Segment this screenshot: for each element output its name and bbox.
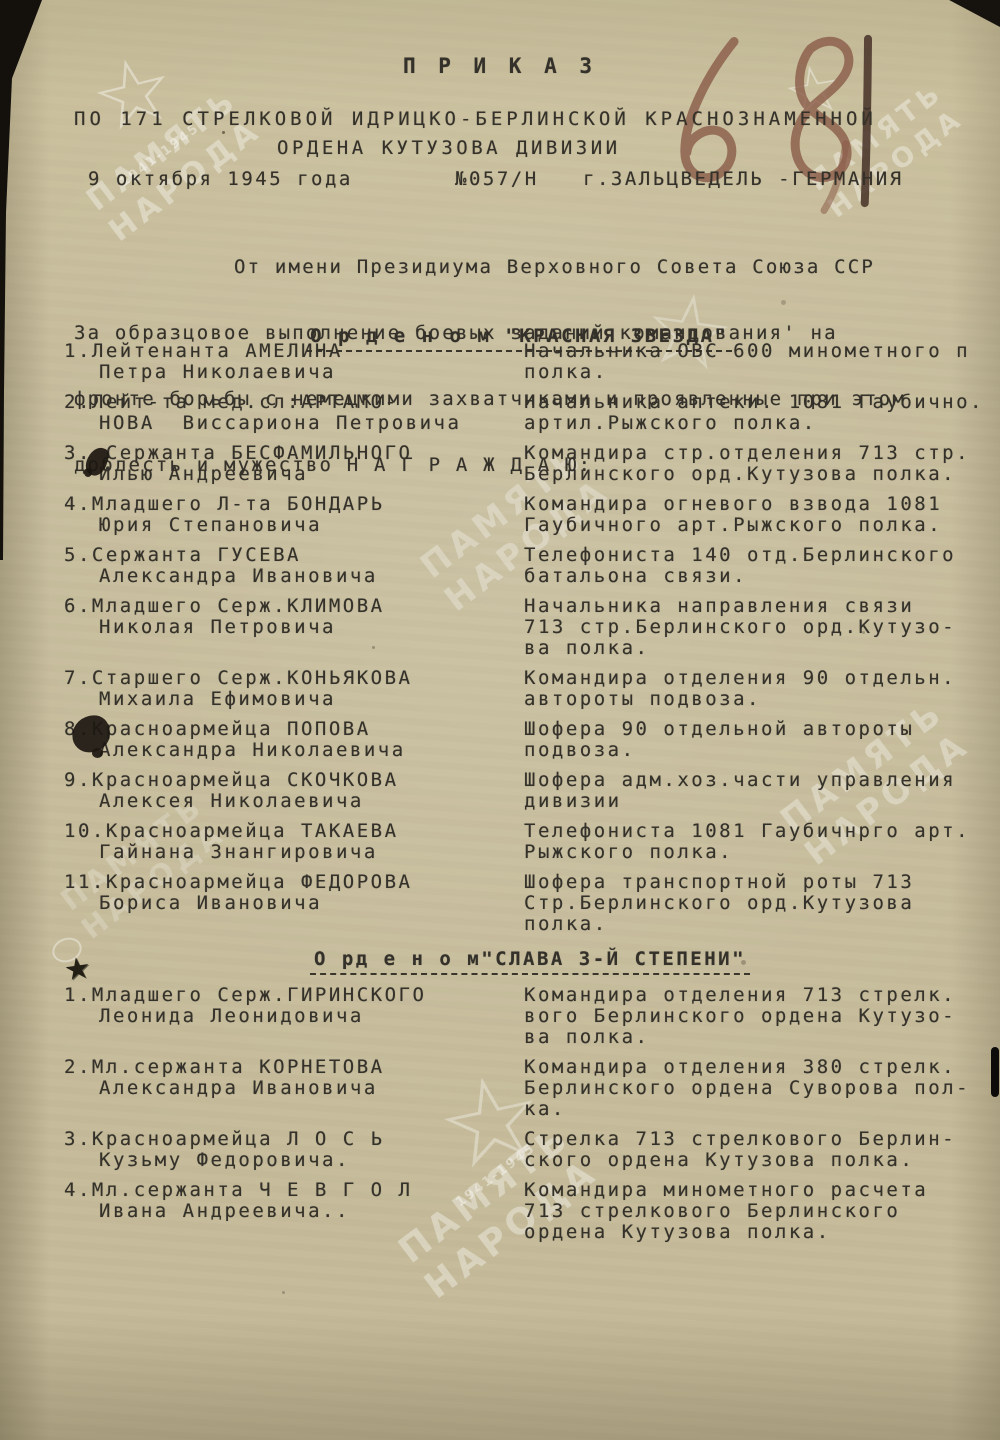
award-entry: 1.Лейтенанта АМЕЛИНАПетра Николаевича На…: [64, 341, 996, 383]
award-entry: 3. Сержанта БЕСФАМИЛЬНОГОИлью Андреевича…: [64, 443, 996, 485]
awardee-position: вого Берлинского ордена Кутузо-: [524, 1006, 996, 1027]
awardee-name: Гайнана Знангировича: [64, 842, 524, 863]
awardee-position: Берлинского ордена Суворова пол-: [524, 1078, 996, 1099]
awardee-name: 11.Красноармейца ФЕДОРОВА: [64, 872, 524, 893]
awardee-position: ского ордена Кутузова полка.: [524, 1150, 996, 1171]
awardee-position: Стр.Берлинского орд.Кутузова: [524, 893, 996, 914]
awardee-name: 3.Красноармейца Л О С Ь: [64, 1129, 524, 1150]
awardee-name: Александра Ивановича: [64, 1078, 524, 1099]
awardee-name: 8.Красноармейца ПОПОВА: [64, 719, 524, 740]
header-division-line1: ПО 171 СТРЕЛКОВОЙ ИДРИЦКО-БЕРЛИНСКОЙ КРА…: [74, 108, 877, 130]
awardee-name: 6.Младшего Серж.КЛИМОВА: [64, 596, 524, 617]
awardee-position: ва полка.: [524, 1027, 996, 1048]
award-entry: 11.Красноармейца ФЕДОРОВАБориса Иванович…: [64, 872, 996, 935]
awardee-position: Командира огневого взвода 1081: [524, 494, 996, 515]
award-entry: 5.Сержанта ГУСЕВААлександра Ивановича Те…: [64, 545, 996, 587]
section-heading-glory-3rd: О рд е н о м"СЛАВА 3-Й СТЕПЕНИ": [64, 949, 996, 975]
awardee-name: Кузьму Федоровича.: [64, 1150, 524, 1171]
awardee-name: Ивана Андреевича..: [64, 1201, 524, 1222]
header-division-line2: ОРДЕНА КУТУЗОВА ДИВИЗИИ: [277, 137, 621, 159]
awardee-position: Шофера адм.хоз.части управления: [524, 770, 996, 791]
order-date: 9 октября 1945 года: [88, 168, 353, 190]
award-entry: 1.Младшего Серж.ГИРИНСКОГОЛеонида Леонид…: [64, 985, 996, 1048]
order-place: г.ЗАЛЬЦВЕДЕЛЬ -ГЕРМАНИЯ: [583, 168, 904, 190]
awardee-position: Стрелка 713 стрелкового Берлин-: [524, 1129, 996, 1150]
ink-blot: [84, 468, 92, 477]
award-entry: 10.Красноармейца ТАКАЕВАГайнана Знангиро…: [64, 821, 996, 863]
awardee-name: 5.Сержанта ГУСЕВА: [64, 545, 524, 566]
award-list: 1.Лейтенанта АМЕЛИНАПетра Николаевича На…: [64, 341, 996, 1252]
awardee-name: Николая Петровича: [64, 617, 524, 638]
awardee-position: Командира отделения 380 стрелк.: [524, 1057, 996, 1078]
awardee-position: Берлинского орд.Кутузова полка.: [524, 464, 996, 485]
document-title: П Р И К А З: [0, 54, 1000, 78]
ink-mark: ★: [62, 950, 94, 988]
awardee-position: Телефониста 1081 Гаубичнрго арт.: [524, 821, 996, 842]
awardee-name: Александра Ивановича: [64, 566, 524, 587]
award-entry: 2.Лейт-та мед.сл:АРТАМО-НОВА Виссариона …: [64, 392, 996, 434]
awardee-name: 2.Мл.сержанта КОРНЕТОВА: [64, 1057, 524, 1078]
award-entry: 8.Красноармейца ПОПОВААлександра Николае…: [64, 719, 996, 761]
awardee-name: НОВА Виссариона Петровича: [64, 413, 524, 434]
awardee-position: Командира стр.отделения 713 стр.: [524, 443, 996, 464]
awardee-name: 1.Младшего Серж.ГИРИНСКОГО: [64, 985, 524, 1006]
awardee-name: Алексея Николаевича: [64, 791, 524, 812]
awardee-position: 713 стрелкового Берлинского: [524, 1201, 996, 1222]
awardee-position: батальона связи.: [524, 566, 996, 587]
awardee-position: полка.: [524, 362, 996, 383]
awardee-name: Михаила Ефимовича: [64, 689, 524, 710]
awardee-position: Телефониста 140 отд.Берлинского: [524, 545, 996, 566]
awardee-position: ва полка.: [524, 638, 996, 659]
awardee-name: Бориса Ивановича: [64, 893, 524, 914]
order-number: №057/Н: [455, 168, 539, 190]
awardee-position: Начальника направления связи: [524, 596, 996, 617]
awardee-position: дивизии: [524, 791, 996, 812]
awardee-position: Гаубичного арт.Рыжского полка.: [524, 515, 996, 536]
awardee-position: подвоза.: [524, 740, 996, 761]
awardee-name: Леонида Леонидовича: [64, 1006, 524, 1027]
award-entry: 2.Мл.сержанта КОРНЕТОВААлександра Иванов…: [64, 1057, 996, 1120]
scanned-order-page: ☆ 1941-1945 ПАМЯТЬНАРОДА ☆ ПАМЯТЬНАРОДА …: [0, 0, 1000, 1440]
awardee-position: Шофера транспортной роты 713: [524, 872, 996, 893]
awardee-position: автороты подвоза.: [524, 689, 996, 710]
preamble-line: От имени Президиума Верховного Совета Со…: [74, 256, 954, 278]
awardee-name: 1.Лейтенанта АМЕЛИНА: [64, 341, 524, 362]
awardee-position: 713 стр.Берлинского орд.Кутузо-: [524, 617, 996, 638]
awardee-position: артил.Рыжского полка.: [524, 413, 996, 434]
award-entry: 6.Младшего Серж.КЛИМОВАНиколая Петровича…: [64, 596, 996, 659]
awardee-position: Командира отделения 713 стрелк.: [524, 985, 996, 1006]
award-entry: 3.Красноармейца Л О С ЬКузьму Федоровича…: [64, 1129, 996, 1171]
ink-blot: [92, 748, 103, 758]
awardee-name: Петра Николаевича: [64, 362, 524, 383]
awardee-name: Александра Николаевича: [64, 740, 524, 761]
award-entry: 4.Мл.сержанта Ч Е В Г О ЛИвана Андреевич…: [64, 1180, 996, 1243]
awardee-name: 3. Сержанта БЕСФАМИЛЬНОГО: [64, 443, 524, 464]
awardee-name: 4.Младшего Л-та БОНДАРЬ: [64, 494, 524, 515]
awardee-name: 7.Старшего Серж.КОНЬЯКОВА: [64, 668, 524, 689]
awardee-name: Юрия Степановича: [64, 515, 524, 536]
awardee-position: полка.: [524, 914, 996, 935]
award-entry: 4.Младшего Л-та БОНДАРЬЮрия Степановича …: [64, 494, 996, 536]
award-entry: 7.Старшего Серж.КОНЬЯКОВАМихаила Ефимови…: [64, 668, 996, 710]
awardee-position: Шофера 90 отдельной автороты: [524, 719, 996, 740]
awardee-position: Начальника ОВС 600 минометного п: [524, 341, 996, 362]
awardee-name: 9.Красноармейца СКОЧКОВА: [64, 770, 524, 791]
awardee-name: 10.Красноармейца ТАКАЕВА: [64, 821, 524, 842]
awardee-position: ка.: [524, 1099, 996, 1120]
award-entry: 9.Красноармейца СКОЧКОВААлексея Николаев…: [64, 770, 996, 812]
awardee-position: Командира отделения 90 отдельн.: [524, 668, 996, 689]
awardee-name: Илью Андреевича: [64, 464, 524, 485]
awardee-position: ордена Кутузова полка.: [524, 1222, 996, 1243]
awardee-position: Начальника аптеки. 1081 Гаубично.: [524, 392, 996, 413]
awardee-position: Рыжского полка.: [524, 842, 996, 863]
paper-speck: [222, 131, 225, 134]
awardee-name: 2.Лейт-та мед.сл:АРТАМО-: [64, 392, 524, 413]
awardee-name: 4.Мл.сержанта Ч Е В Г О Л: [64, 1180, 524, 1201]
awardee-position: Командира минометного расчета: [524, 1180, 996, 1201]
